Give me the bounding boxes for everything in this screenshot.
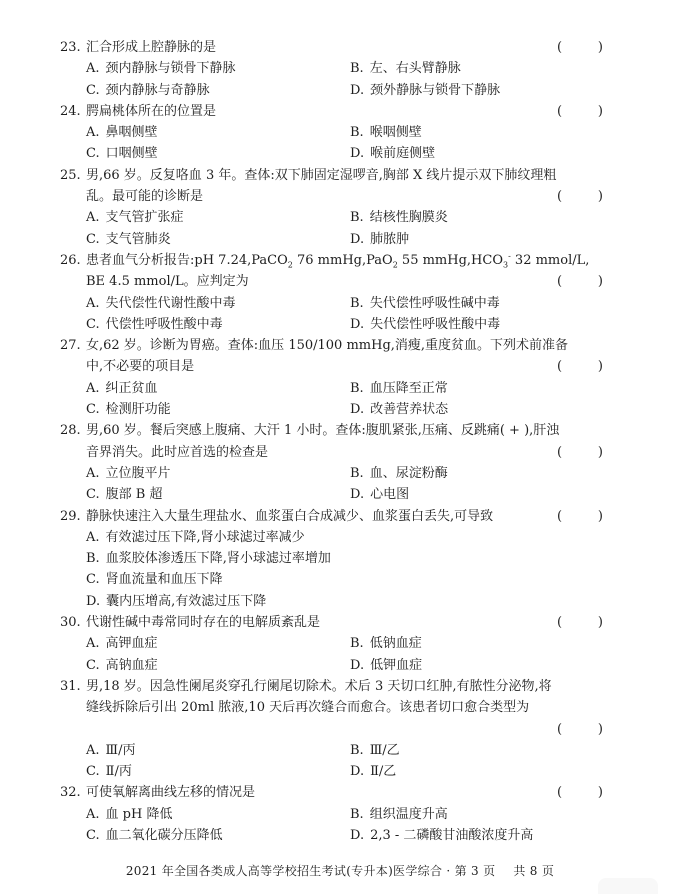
option-c: C.代偿性呼吸性酸中毒 (86, 314, 223, 335)
question-26: 26. 患者血气分析报告:pH 7.24,PaCO2 76 mmHg,PaO2 … (0, 250, 680, 335)
question-number: 32. (60, 782, 81, 803)
option-a: A.纠正贫血 (86, 378, 158, 399)
option-b: B.左、右头臂静脉 (350, 58, 461, 79)
question-24: 24. 腭扁桃体所在的位置是 () A.鼻咽侧壁 B.喉咽侧壁 C.口咽侧壁 D… (0, 101, 680, 165)
option-b: B.失代偿性呼吸性碱中毒 (350, 293, 500, 314)
option-b: B.结核性胸膜炎 (350, 207, 448, 228)
option-d: D.改善营养状态 (350, 399, 448, 420)
footer-title: 2021 年全国各类成人高等学校招生考试(专升本)医学综合 · 第 3 页 (126, 864, 496, 878)
question-stem: 静脉快速注入大量生理盐水、血浆蛋白合成减少、血浆蛋白丢失,可导致 (86, 506, 493, 527)
option-a: A.高钾血症 (86, 633, 158, 654)
question-stem-continued: 缝线拆除后引出 20ml 脓液,10 天后再次缝合而愈合。该患者切口愈合类型为 (86, 697, 529, 718)
option-d: D.失代偿性呼吸性酸中毒 (350, 314, 500, 335)
option-b: B.Ⅲ/乙 (350, 740, 400, 761)
question-stem: 可使氧解离曲线左移的情况是 (86, 782, 255, 803)
answer-bracket: () (557, 506, 603, 527)
option-d: D.心电图 (350, 484, 409, 505)
question-number: 24. (60, 101, 81, 122)
option-c: C.血二氧化碳分压降低 (86, 825, 223, 846)
option-d: D.喉前庭侧壁 (350, 143, 435, 164)
option-d: D.囊内压增高,有效滤过压下降 (86, 591, 266, 612)
question-23: 23. 汇合形成上腔静脉的是 () A.颈内静脉与锁骨下静脉 B.左、右头臂静脉… (0, 37, 680, 101)
option-c: C.Ⅱ/丙 (86, 761, 132, 782)
option-a: A.鼻咽侧壁 (86, 122, 158, 143)
answer-bracket: () (557, 356, 603, 377)
option-a: A.立位腹平片 (86, 463, 171, 484)
option-a: A.有效滤过压下降,肾小球滤过率减少 (86, 527, 305, 548)
answer-bracket: () (557, 271, 603, 292)
question-number: 27. (60, 335, 81, 356)
question-stem: 女,62 岁。诊断为胃癌。查体:血压 150/100 mmHg,消瘦,重度贫血。… (86, 335, 568, 356)
option-c: C.检测肝功能 (86, 399, 171, 420)
exam-page: 23. 汇合形成上腔静脉的是 () A.颈内静脉与锁骨下静脉 B.左、右头臂静脉… (0, 37, 680, 846)
question-stem-continued: BE 4.5 mmol/L。应判定为 (86, 271, 249, 292)
question-stem: 腭扁桃体所在的位置是 (86, 101, 216, 122)
option-c: C.支气管肺炎 (86, 229, 171, 250)
watermark-badge (598, 878, 658, 894)
question-stem: 患者血气分析报告:pH 7.24,PaCO2 76 mmHg,PaO2 55 m… (86, 250, 589, 271)
question-number: 25. (60, 165, 81, 186)
question-stem-continued: 音界消失。此时应首选的检查是 (86, 442, 268, 463)
question-25: 25. 男,66 岁。反复咯血 3 年。查体:双下肺固定湿啰音,胸部 X 线片提… (0, 165, 680, 250)
option-a: A.失代偿性代谢性酸中毒 (86, 293, 236, 314)
answer-bracket: () (557, 612, 603, 633)
option-d: D.低钾血症 (350, 655, 422, 676)
option-a: A.颈内静脉与锁骨下静脉 (86, 58, 236, 79)
question-stem: 代谢性碱中毒常同时存在的电解质紊乱是 (86, 612, 320, 633)
question-number: 29. (60, 506, 81, 527)
option-b: B.血、尿淀粉酶 (350, 463, 448, 484)
question-number: 26. (60, 250, 81, 271)
option-d: D.Ⅱ/乙 (350, 761, 396, 782)
option-d: D.颈外静脉与锁骨下静脉 (350, 80, 500, 101)
question-27: 27. 女,62 岁。诊断为胃癌。查体:血压 150/100 mmHg,消瘦,重… (0, 335, 680, 420)
option-c: C.高钠血症 (86, 655, 158, 676)
option-d: D.2,3 - 二磷酸甘油酸浓度升高 (350, 825, 533, 846)
question-28: 28. 男,60 岁。餐后突感上腹痛、大汗 1 小时。查体:腹肌紧张,压痛、反跳… (0, 420, 680, 505)
option-a: A.Ⅲ/丙 (86, 740, 135, 761)
option-c: C.颈内静脉与奇静脉 (86, 80, 210, 101)
question-stem: 汇合形成上腔静脉的是 (86, 37, 216, 58)
question-number: 28. (60, 420, 81, 441)
answer-bracket: () (557, 782, 603, 803)
answer-bracket: () (557, 442, 603, 463)
question-stem: 男,60 岁。餐后突感上腹痛、大汗 1 小时。查体:腹肌紧张,压痛、反跳痛( +… (86, 420, 559, 441)
question-number: 30. (60, 612, 81, 633)
footer-total-pages: 共 8 页 (513, 864, 554, 878)
question-stem: 男,18 岁。因急性阑尾炎穿孔行阑尾切除术。术后 3 天切口红肿,有脓性分泌物,… (86, 676, 552, 697)
answer-bracket: () (557, 719, 603, 740)
question-32: 32. 可使氧解离曲线左移的情况是 () A.血 pH 降低 B.组织温度升高 … (0, 782, 680, 846)
option-b: B.组织温度升高 (350, 804, 448, 825)
option-c: C.肾血流量和血压下降 (86, 569, 223, 590)
option-b: B.血压降至正常 (350, 378, 448, 399)
answer-bracket: () (557, 186, 603, 207)
answer-bracket: () (557, 101, 603, 122)
option-b: B.喉咽侧壁 (350, 122, 422, 143)
option-d: D.肺脓肿 (350, 229, 409, 250)
option-c: C.口咽侧壁 (86, 143, 158, 164)
page-footer: 2021 年全国各类成人高等学校招生考试(专升本)医学综合 · 第 3 页共 8… (0, 862, 680, 879)
option-a: A.支气管扩张症 (86, 207, 184, 228)
answer-bracket: () (557, 37, 603, 58)
question-stem-continued: 中,不必要的项目是 (86, 356, 194, 377)
question-29: 29. 静脉快速注入大量生理盐水、血浆蛋白合成减少、血浆蛋白丢失,可导致 () … (0, 506, 680, 612)
question-stem-continued: 乱。最可能的诊断是 (86, 186, 203, 207)
question-number: 31. (60, 676, 81, 697)
question-31: 31. 男,18 岁。因急性阑尾炎穿孔行阑尾切除术。术后 3 天切口红肿,有脓性… (0, 676, 680, 782)
option-c: C.腹部 B 超 (86, 484, 162, 505)
option-b: B.血浆胶体渗透压下降,肾小球滤过率增加 (86, 548, 331, 569)
option-b: B.低钠血症 (350, 633, 422, 654)
question-number: 23. (60, 37, 81, 58)
question-30: 30. 代谢性碱中毒常同时存在的电解质紊乱是 () A.高钾血症 B.低钠血症 … (0, 612, 680, 676)
question-stem: 男,66 岁。反复咯血 3 年。查体:双下肺固定湿啰音,胸部 X 线片提示双下肺… (86, 165, 556, 186)
option-a: A.血 pH 降低 (86, 804, 172, 825)
